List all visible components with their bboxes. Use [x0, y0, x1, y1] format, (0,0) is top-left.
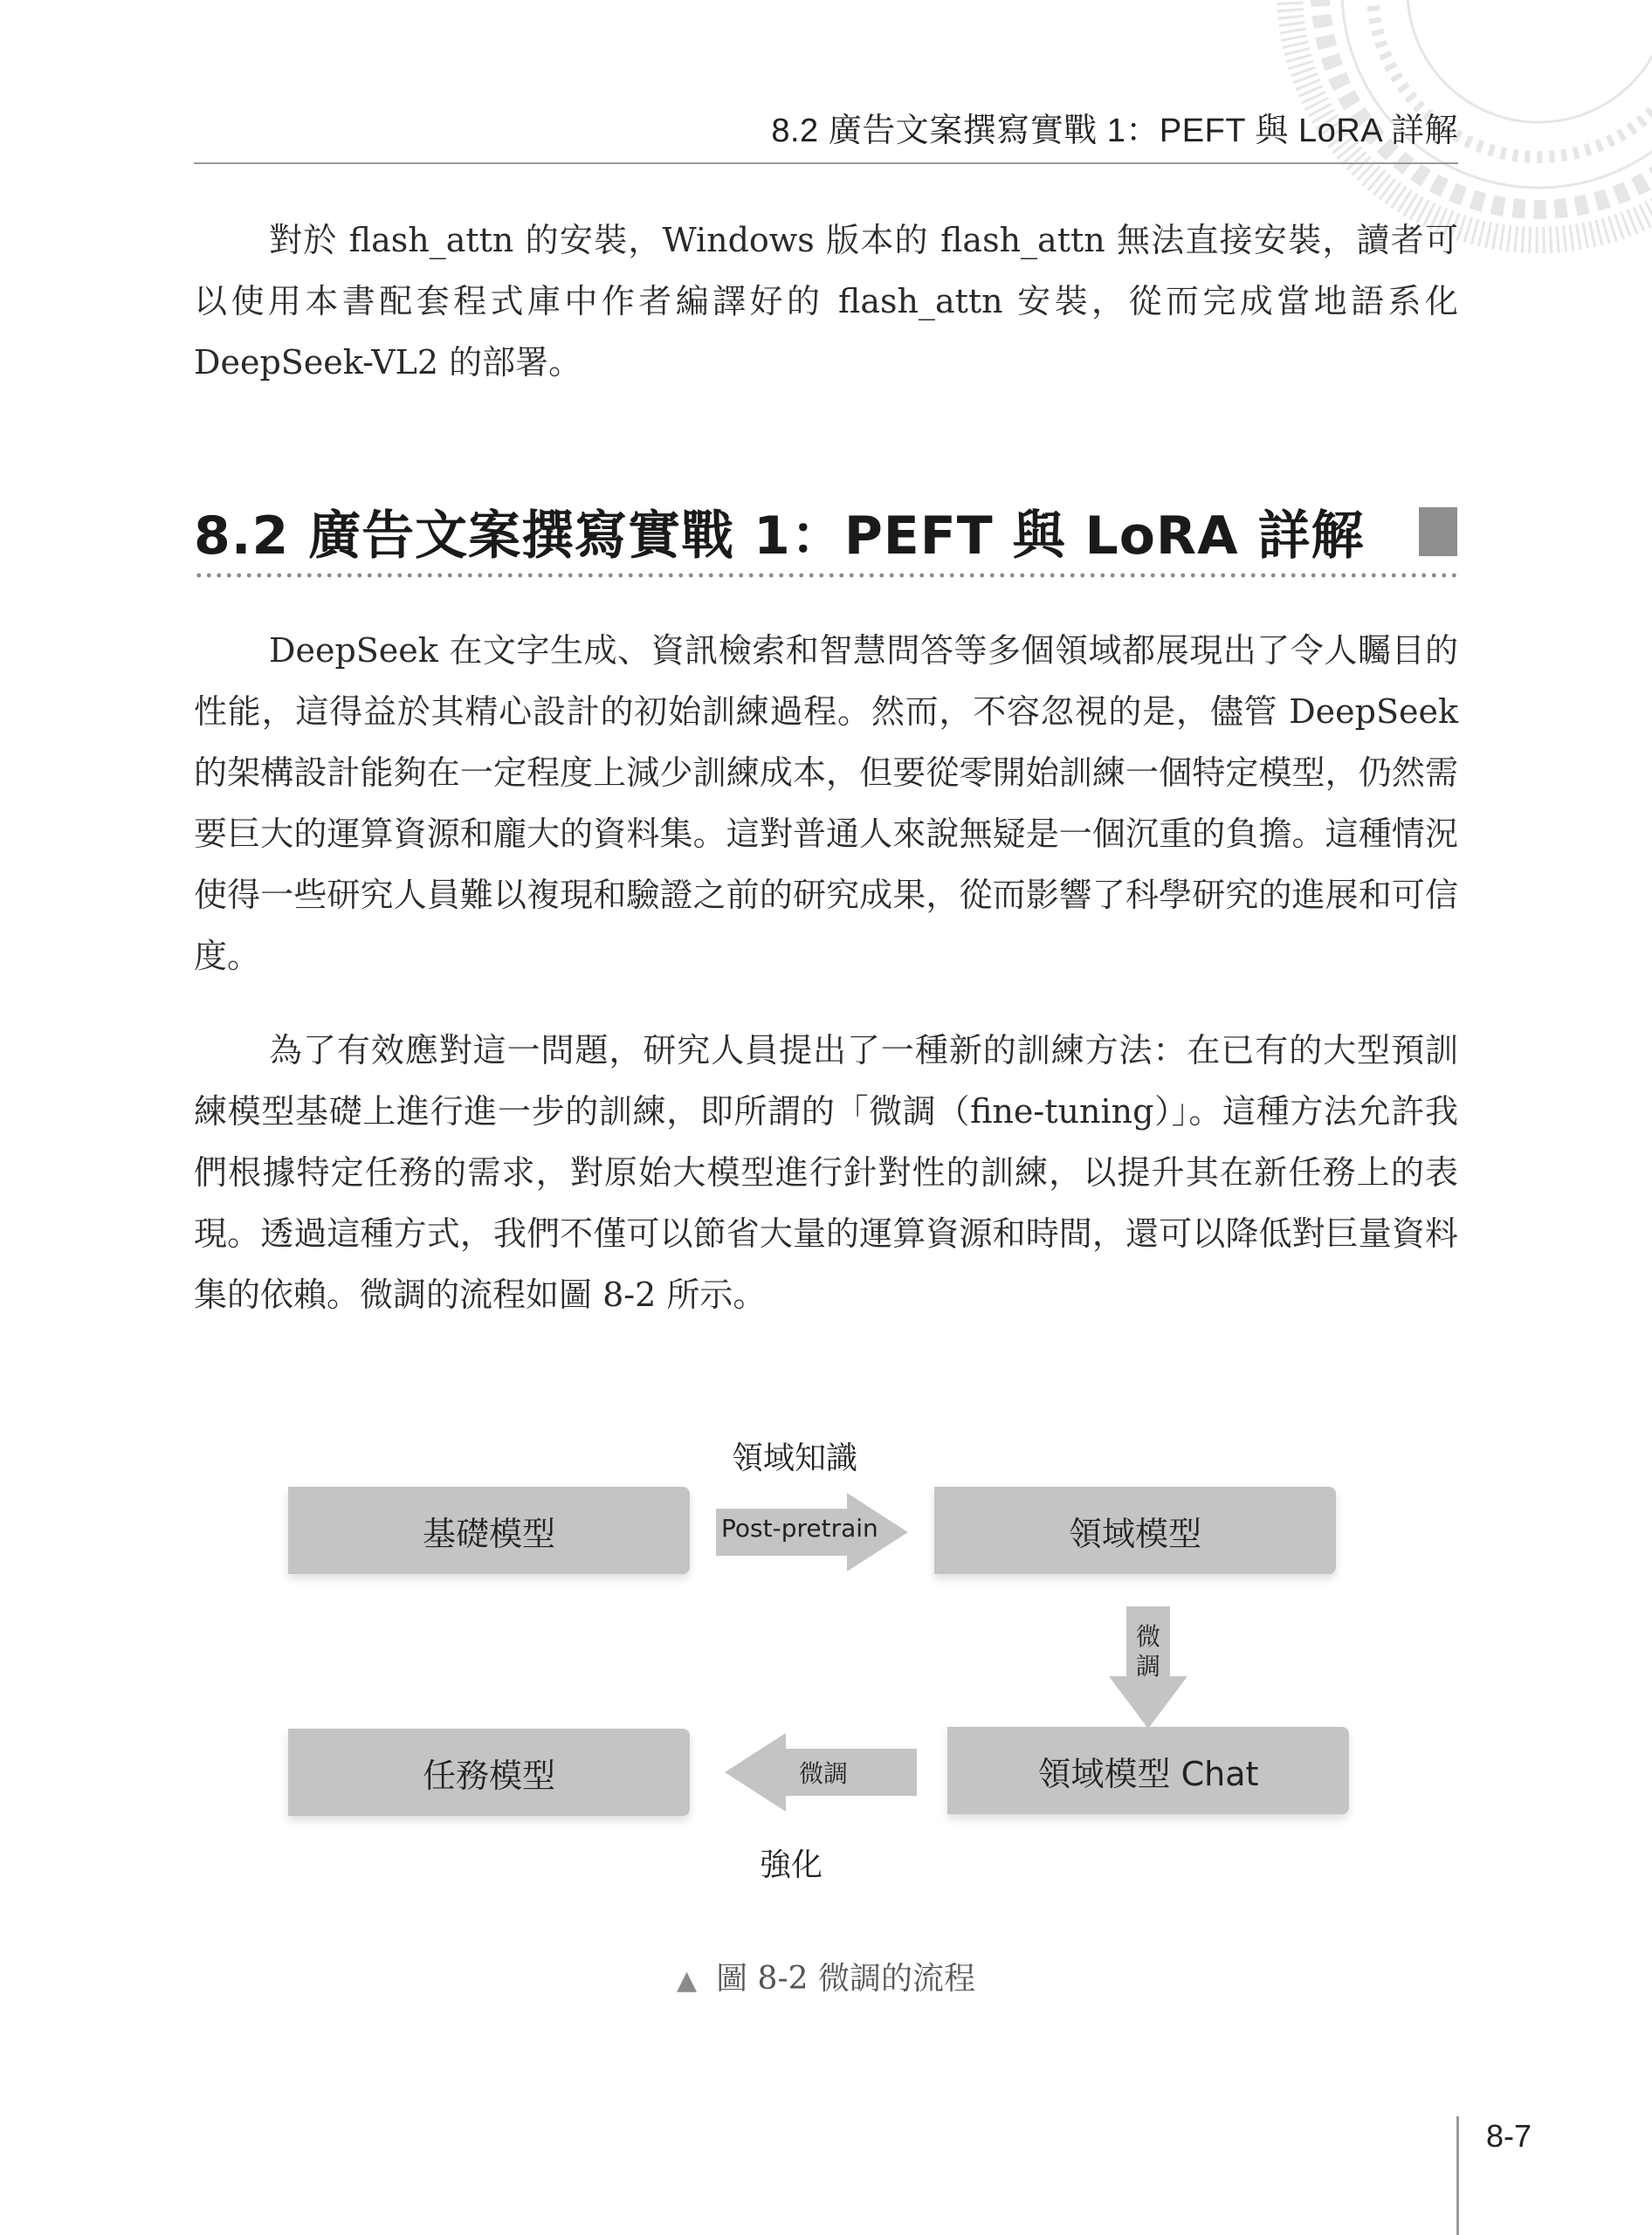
paragraph-flash-attn: 對於 flash_attn 的安裝，Windows 版本的 flash_attn… — [194, 210, 1458, 393]
finetune-flow-diagram: 領域知識 基礎模型 Post-pretrain 領域模型 微 調 領域模型 Ch… — [262, 1414, 1397, 1903]
label-reinforcement: 強化 — [760, 1840, 823, 1885]
section-title: 8.2 廣告文案撰寫實戰 1：PEFT 與 LoRA 詳解 — [194, 494, 1364, 569]
triangle-up-icon: ▲ — [677, 1965, 697, 1996]
arrow-finetune-left-label: 微調 — [799, 1755, 848, 1790]
arrow-post-pretrain-label: Post-pretrain — [721, 1514, 878, 1543]
box-domain-chat-model: 領域模型 Chat — [947, 1727, 1349, 1814]
paragraph-deepseek-intro: DeepSeek 在文字生成、資訊檢索和智慧問答等多個領域都展現出了令人矚目的性… — [194, 620, 1458, 987]
paragraph-finetuning: 為了有效應對這一問題，研究人員提出了一種新的訓練方法：在已有的大型預訓練模型基礎… — [194, 1020, 1458, 1325]
page-number: 8-7 — [1486, 2118, 1532, 2155]
box-domain-model: 領域模型 — [934, 1487, 1336, 1574]
box-domain-model-label: 領域模型 — [1069, 1507, 1201, 1555]
arrow-finetune-down-char-1: 微 — [1131, 1622, 1166, 1652]
figure-caption-text: 圖 8-2 微調的流程 — [716, 1961, 975, 1997]
figure-caption: ▲圖 8-2 微調的流程 — [0, 1954, 1652, 1998]
box-base-model: 基礎模型 — [288, 1487, 690, 1574]
box-task-model: 任務模型 — [288, 1729, 690, 1816]
arrow-finetune-down-label: 微 調 — [1131, 1622, 1166, 1681]
running-header: 8.2 廣告文案撰寫實戰 1：PEFT 與 LoRA 詳解 — [194, 103, 1458, 151]
box-domain-chat-label: 領域模型 Chat — [1038, 1747, 1259, 1795]
section-marker-block — [1419, 507, 1457, 556]
page-number-divider — [1456, 2116, 1459, 2235]
header-divider — [194, 162, 1458, 164]
section-dotted-divider — [194, 573, 1458, 578]
box-task-model-label: 任務模型 — [423, 1749, 555, 1797]
box-base-model-label: 基礎模型 — [423, 1507, 555, 1555]
arrow-finetune-down-char-2: 調 — [1131, 1652, 1166, 1681]
label-domain-knowledge: 領域知識 — [732, 1434, 857, 1478]
